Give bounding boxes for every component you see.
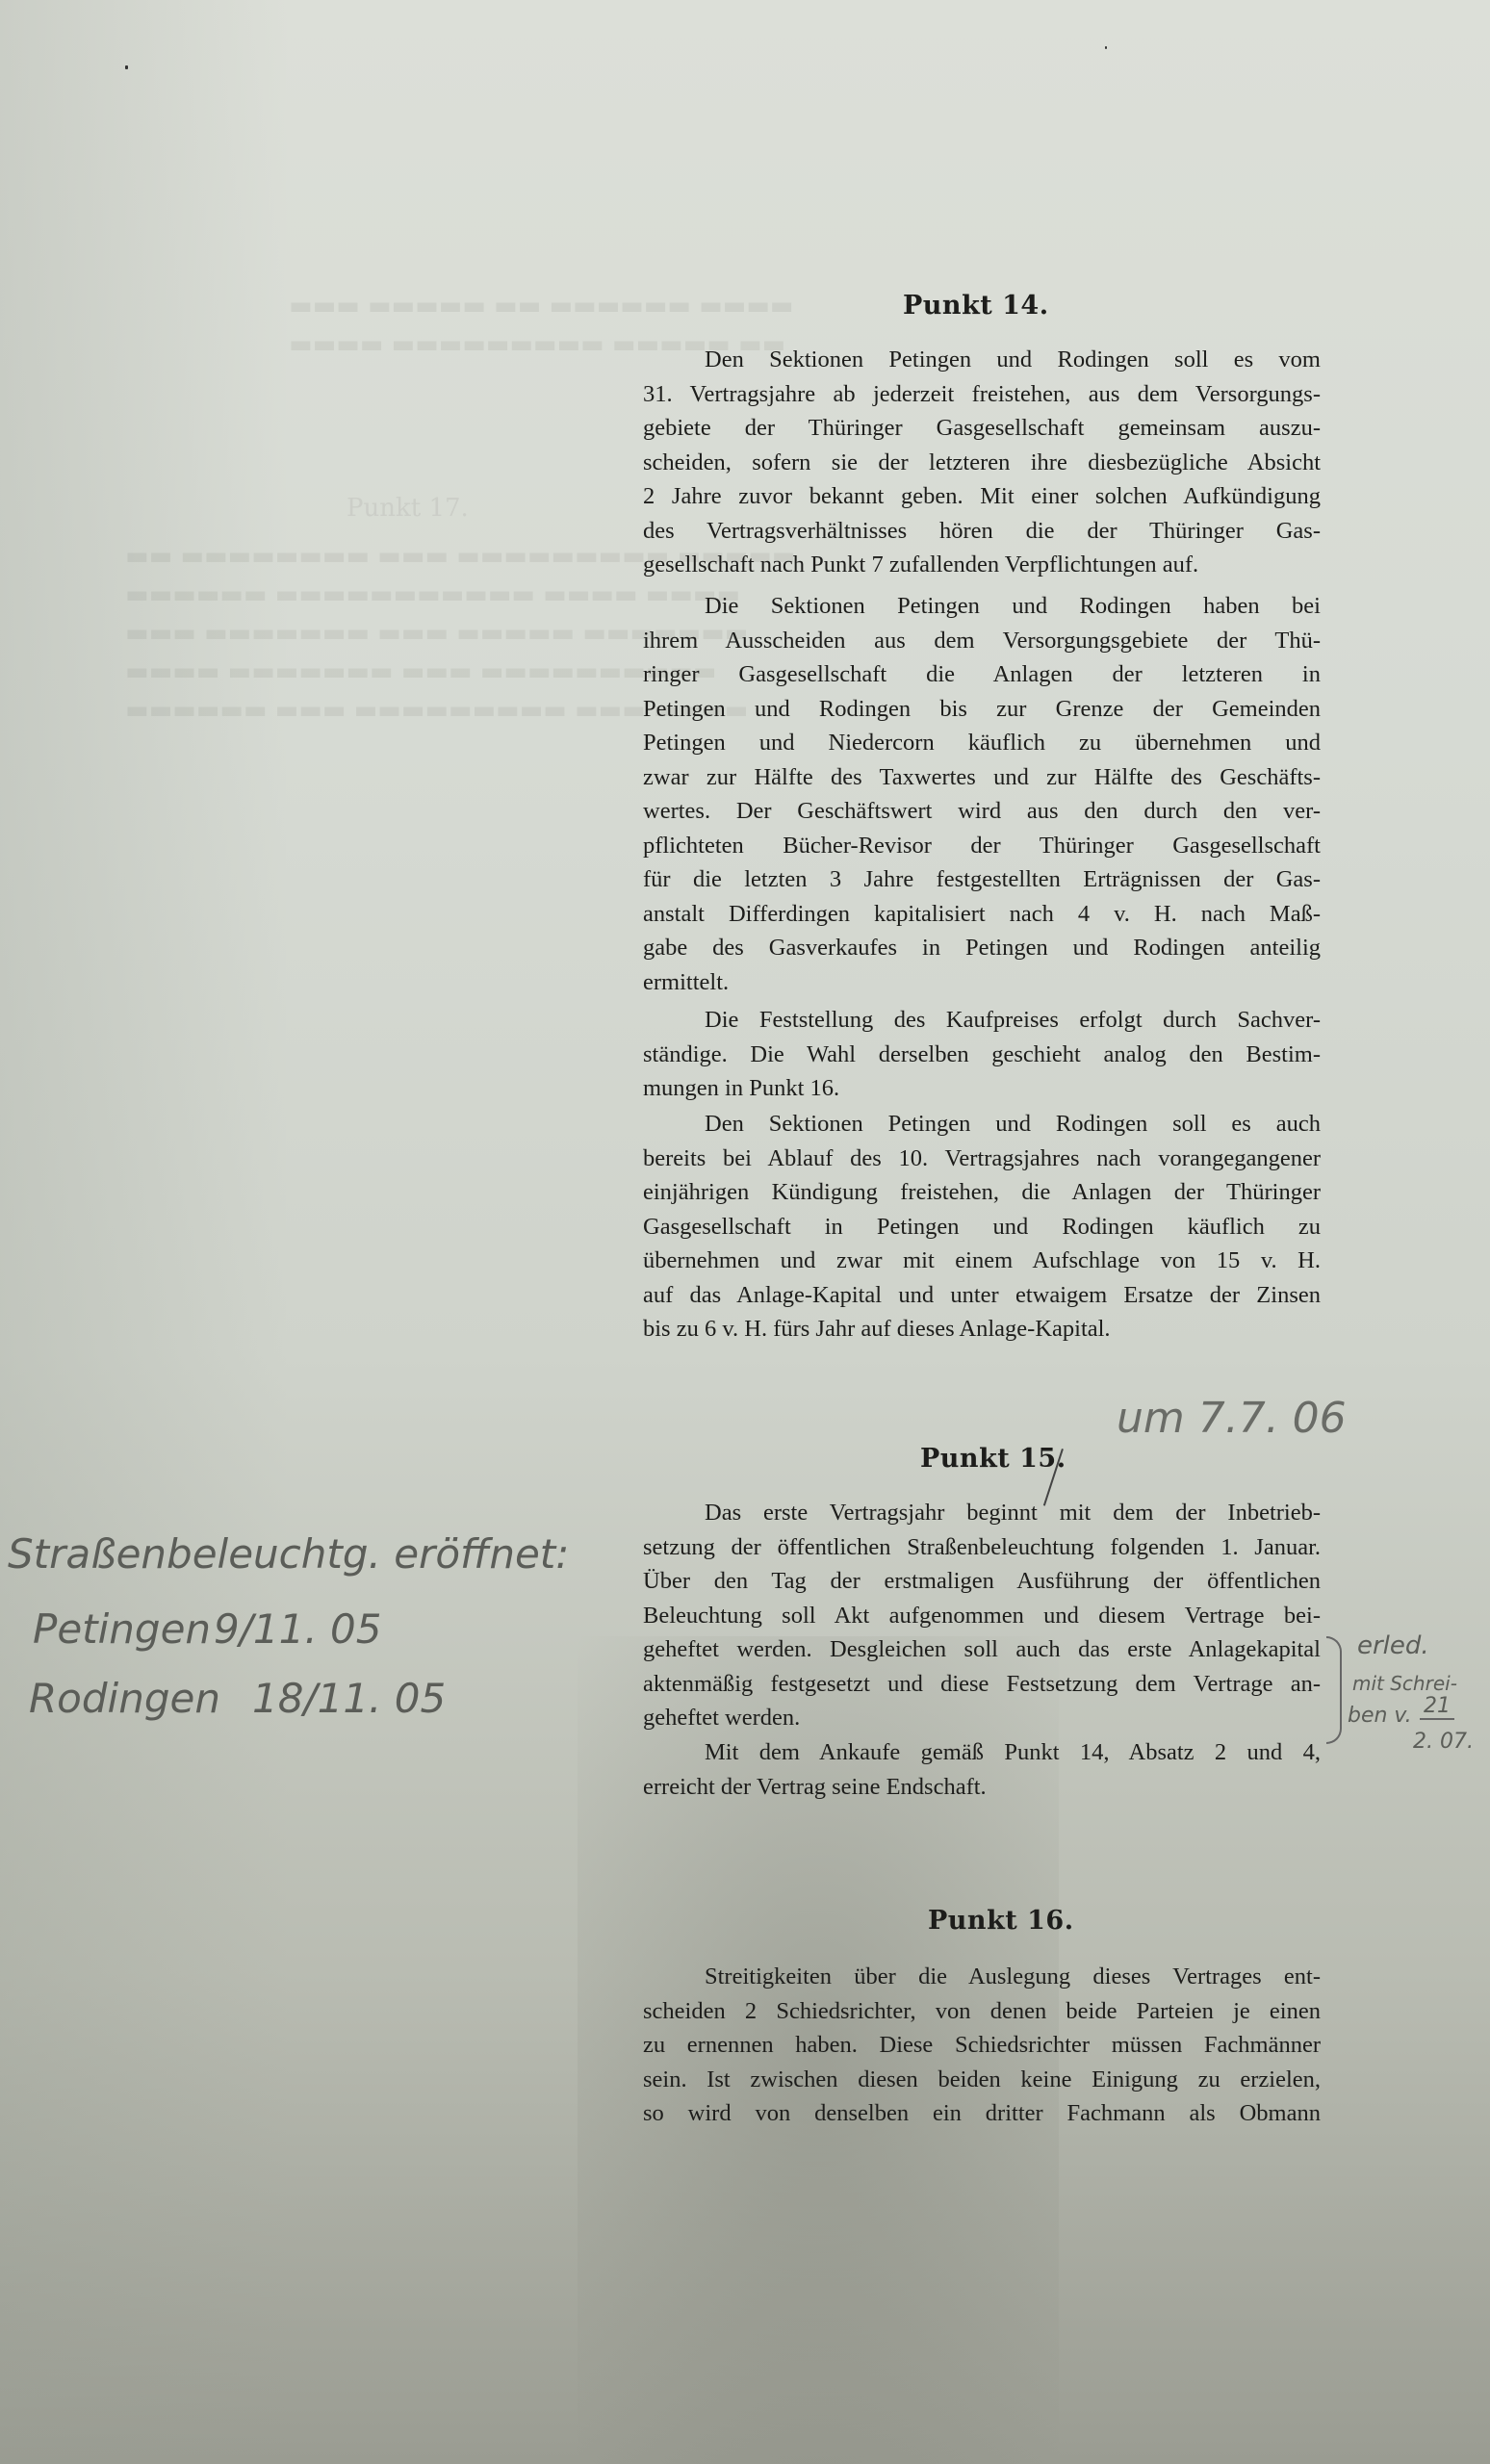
text-line: scheiden 2 Schiedsrichter, von denen bei… (643, 1994, 1321, 2029)
paragraph-14-1: Den Sektionen Petingen und Rodingen soll… (643, 343, 1321, 582)
text-line: ringer Gasgesellschaft die Anlagen der l… (643, 657, 1321, 692)
text-line: für die letzten 3 Jahre festgestellten E… (643, 862, 1321, 897)
text-line: setzung der öffentlichen Straßenbeleucht… (643, 1530, 1321, 1565)
speck (1105, 46, 1107, 49)
text-line: Die Sektionen Petingen und Rodingen habe… (643, 589, 1321, 624)
bleed-through-text: ▬▬▬▬ ▬▬▬▬▬▬▬ ▬▬▬ ▬▬▬▬▬▬▬▬▬▬ (125, 654, 716, 689)
text-line: Petingen und Rodingen bis zur Grenze der… (643, 692, 1321, 727)
handwritten-side-note-line3: ben v. (1348, 1704, 1412, 1728)
text-line: geheftet werden. (643, 1701, 1321, 1735)
text-line: Das erste Vertragsjahr beginnt mit dem d… (643, 1496, 1321, 1530)
handwritten-margin-line1: Straßenbeleuchtg. eröffnet: (8, 1530, 569, 1578)
text-line: Den Sektionen Petingen und Rodingen soll… (643, 1107, 1321, 1142)
text-line: Über den Tag der erstmaligen Ausführung … (643, 1564, 1321, 1599)
speck (125, 65, 128, 69)
paragraph-14-2: Die Sektionen Petingen und Rodingen habe… (643, 589, 1321, 999)
text-line: bis zu 6 v. H. fürs Jahr auf dieses Anla… (643, 1312, 1321, 1347)
handwritten-side-note-date-top: 21 (1420, 1694, 1454, 1720)
text-line: ständige. Die Wahl derselben geschieht a… (643, 1038, 1321, 1072)
text-line: Den Sektionen Petingen und Rodingen soll… (643, 343, 1321, 377)
text-line: mungen in Punkt 16. (643, 1071, 1321, 1106)
text-line: so wird von denselben ein dritter Fachma… (643, 2096, 1321, 2131)
text-line: des Vertragsverhältnisses hören die der … (643, 514, 1321, 549)
handwritten-side-note-line2: mit Schrei- (1352, 1672, 1457, 1695)
pencil-brace (1326, 1636, 1342, 1744)
handwritten-margin-place-petingen: Petingen (33, 1605, 211, 1653)
text-line: Streitigkeiten über die Auslegung dieses… (643, 1960, 1321, 1994)
text-line: Die Feststellung des Kaufpreises erfolgt… (643, 1003, 1321, 1038)
text-line: sein. Ist zwischen diesen beiden keine E… (643, 2063, 1321, 2097)
bleed-through-text: ▬▬▬ ▬▬▬▬▬ ▬▬ ▬▬▬▬▬▬ ▬▬▬▬ (289, 289, 793, 323)
text-line: Petingen und Niedercorn käuflich zu über… (643, 726, 1321, 760)
text-line: ermittelt. (643, 965, 1321, 1000)
handwritten-side-note-line1: erled. (1357, 1631, 1429, 1660)
text-line: zu ernennen haben. Diese Schiedsrichter … (643, 2028, 1321, 2063)
text-line: anstalt Differdingen kapitalisiert nach … (643, 897, 1321, 932)
page-shadow-left (0, 0, 289, 2464)
text-line: auf das Anlage-Kapital und unter etwaige… (643, 1278, 1321, 1313)
text-line: übernehmen und zwar mit einem Aufschlage… (643, 1244, 1321, 1278)
text-line: wertes. Der Geschäftswert wird aus den d… (643, 794, 1321, 829)
handwritten-margin-date-rodingen: 18/11. 05 (252, 1675, 446, 1722)
section-title-punkt-14: Punkt 14. (903, 291, 1049, 321)
text-line: geheftet werden. Desgleichen soll auch d… (643, 1632, 1321, 1667)
text-line: gebiete der Thüringer Gasgesellschaft ge… (643, 411, 1321, 446)
section-title-punkt-16: Punkt 16. (928, 1906, 1074, 1936)
section-title-punkt-15: Punkt 15. (920, 1444, 1066, 1474)
paragraph-16-1: Streitigkeiten über die Auslegung dieses… (643, 1960, 1321, 2131)
text-line: scheiden, sofern sie der letzteren ihre … (643, 446, 1321, 480)
paragraph-15-1: Das erste Vertragsjahr beginnt mit dem d… (643, 1496, 1321, 1735)
paragraph-14-4: Den Sektionen Petingen und Rodingen soll… (643, 1107, 1321, 1347)
text-line: Mit dem Ankaufe gemäß Punkt 14, Absatz 2… (643, 1735, 1321, 1770)
paragraph-15-2: Mit dem Ankaufe gemäß Punkt 14, Absatz 2… (643, 1735, 1321, 1804)
handwritten-note-date: um 7.7. 06 (1117, 1394, 1347, 1443)
text-line: ihrem Ausscheiden aus dem Versorgungsgeb… (643, 624, 1321, 658)
text-line: 2 Jahre zuvor bekannt geben. Mit einer s… (643, 479, 1321, 514)
text-line: bereits bei Ablauf des 10. Vertragsjahre… (643, 1142, 1321, 1176)
text-line: einjährigen Kündigung freistehen, die An… (643, 1175, 1321, 1210)
text-line: 31. Vertragsjahre ab jederzeit freistehe… (643, 377, 1321, 412)
handwritten-margin-place-rodingen: Rodingen (29, 1675, 220, 1722)
text-line: aktenmäßig festgesetzt und diese Festset… (643, 1667, 1321, 1702)
text-line: gesellschaft nach Punkt 7 zufallenden Ve… (643, 548, 1321, 582)
bleed-through-title: Punkt 17. (347, 491, 469, 526)
handwritten-margin-date-petingen: 9/11. 05 (214, 1605, 381, 1653)
paragraph-14-3: Die Feststellung des Kaufpreises erfolgt… (643, 1003, 1321, 1106)
text-line: pflichteten Bücher-Revisor der Thüringer… (643, 829, 1321, 863)
text-line: Gasgesellschaft in Petingen und Rodingen… (643, 1210, 1321, 1245)
text-line: erreicht der Vertrag seine Endschaft. (643, 1770, 1321, 1805)
text-line: Beleuchtung soll Akt aufgenommen und die… (643, 1599, 1321, 1633)
handwritten-side-note-date-bottom: 2. 07. (1413, 1730, 1474, 1754)
text-line: gabe des Gasverkaufes in Petingen und Ro… (643, 931, 1321, 965)
text-line: zwar zur Hälfte des Taxwertes und zur Hä… (643, 760, 1321, 795)
